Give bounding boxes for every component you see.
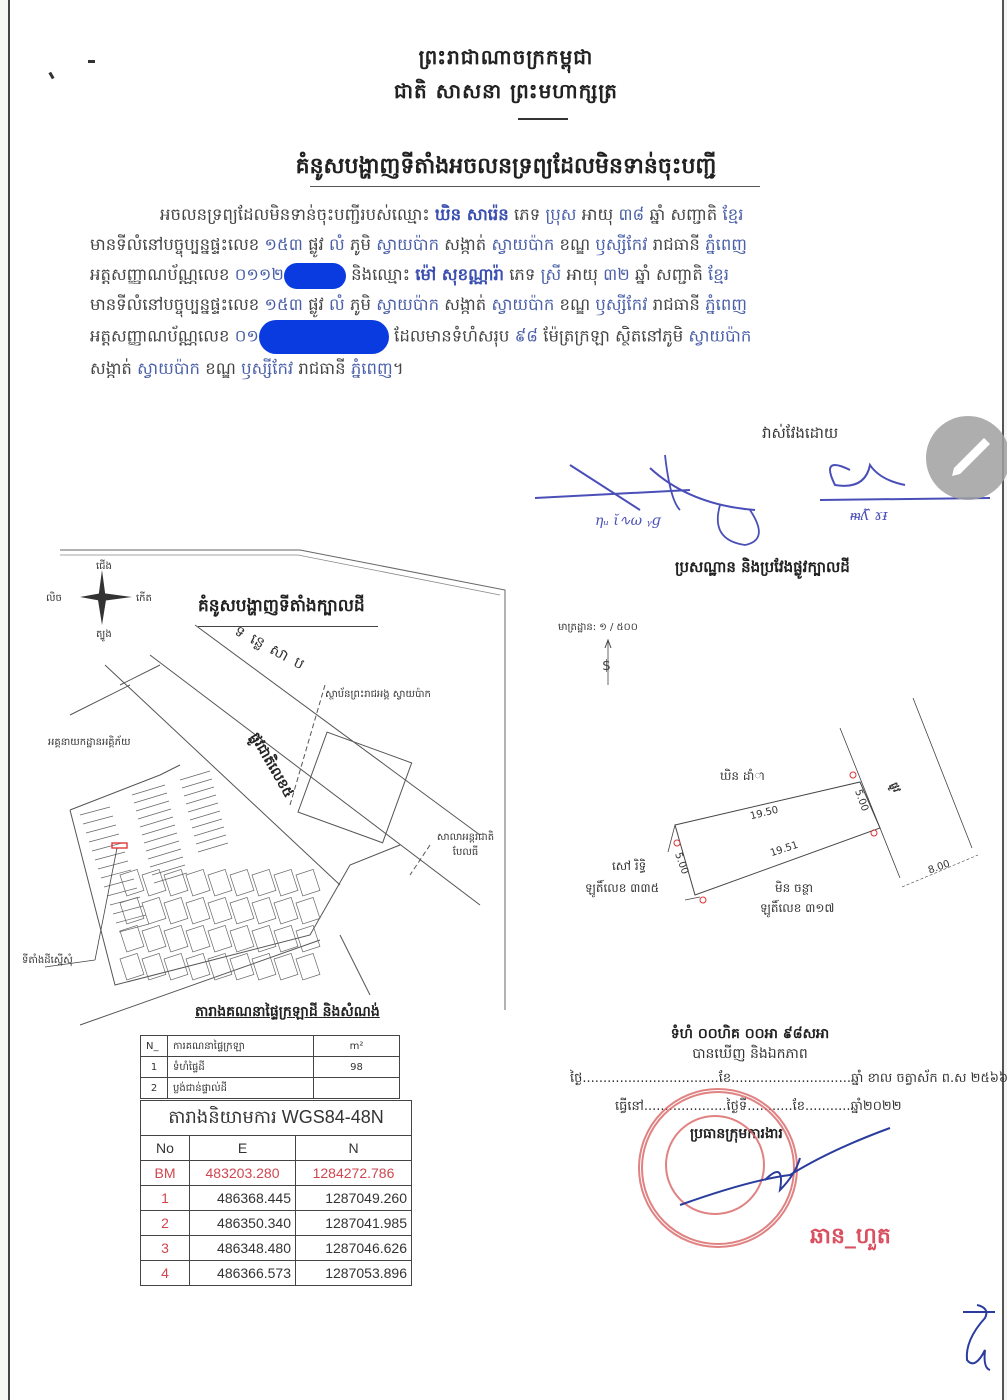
owner1-name: ឃិន សារ៉េន [435, 205, 509, 224]
redaction-mark [259, 320, 389, 354]
table-row: 4486366.5731287053.896 [141, 1261, 412, 1286]
pencil-icon [926, 416, 1007, 500]
west-neighbor: សៅ រិទ្ធិ [612, 858, 646, 876]
svg-text:ᵯʎ̃ ɤᵻ: ᵯʎ̃ ɤᵻ [849, 506, 889, 524]
table-row: 1 ទំហំផ្ទៃដី 98 [141, 1057, 400, 1078]
map-footer-title: តារាងគណនាផ្ទៃក្រឡាដី និងសំណង់ [195, 1002, 380, 1023]
compass-north: ជើង [96, 559, 112, 574]
area-table-header: N_ ការគណនាផ្ទៃក្រឡា m² [141, 1036, 400, 1057]
edit-button[interactable] [926, 416, 1007, 500]
coordinate-table: តារាងនិយាមការ WGS84-48N No E N BM483203.… [140, 1100, 412, 1286]
compass-east: កើត [136, 591, 152, 606]
table-row: BM483203.2801284272.786 [141, 1161, 412, 1186]
page-initial [955, 1300, 1005, 1380]
compass-west: លិច [46, 591, 62, 606]
location-map: ជើង ត្បូង លិច កើត គំនូសបង្ហាញទីតាំងក្បាល… [40, 545, 510, 1035]
paragraph-line-6: សង្កាត់ ស្វាយប៉ាក ខណ្ឌ ឫស្សីកែវ រាជធានី … [90, 354, 990, 384]
svg-text:ηᵤ ῐ∿ω ᵧɡ: ηᵤ ῐ∿ω ᵧɡ [595, 512, 662, 529]
signer-name: ឆាន_ហួត [810, 1222, 891, 1254]
compass-south: ត្បូង [96, 627, 112, 642]
lunar-date-line: ថ្ងៃ.................................ខែ.… [570, 1070, 1007, 1089]
location-map-title: គំនូសបង្ហាញទីតាំងក្បាលដី [198, 595, 378, 627]
header-divider [518, 118, 568, 120]
survey-office-label: ប្រសណ្ឋាន និងប្រវែងផ្លូវក្បាលដី [675, 558, 850, 580]
scan-speck [88, 60, 95, 63]
request-site-label: ទីតាំងដីស្នើសុំ [22, 953, 73, 968]
seen-approved-label: បានឃើញ និងឯកភាព [570, 1044, 930, 1065]
coordinate-table-title: តារាងនិយាមការ WGS84-48N [141, 1101, 412, 1136]
scale-label: មាត្រដ្ឋាន: ១ / ៥០០ [558, 620, 638, 635]
title-underline [310, 186, 760, 187]
area-table: N_ ការគណនាផ្ទៃក្រឡា m² 1 ទំហំផ្ទៃដី 98 2… [140, 1035, 400, 1099]
table-row: 1486368.4451287049.260 [141, 1186, 412, 1211]
fire-dept-label: អគ្គនាយកដ្ឋានអគ្គិភ័យ [48, 735, 131, 750]
table-row: 3486348.4801287046.626 [141, 1236, 412, 1261]
south-lot: ឡូតិ៍លេខ ៣១៧ [760, 900, 834, 918]
chief-signature [670, 1120, 900, 1220]
document-page: ព្រះរាជាណាចក្រកម្ពុជា ជាតិ សាសនា ព្រះមហា… [8, 0, 1004, 1400]
paragraph-line-4: មានទីលំនៅបច្ចុប្បន្នផ្ទះលេខ ១៥៣ ផ្លូវ លំ… [90, 290, 990, 320]
coordinate-table-header: No E N [141, 1136, 412, 1161]
paragraph-line-3: អត្តសញ្ញាណប័ណ្ណលេខ ០១១២ និងឈ្មោះ ម៉ៅ សុខ… [90, 260, 990, 290]
north-arrow-icon: $ [602, 658, 611, 674]
paragraph-line-1: អចលនទ្រព្យដែលមិនទាន់ចុះបញ្ជីរបស់ឈ្មោះ ឃិ… [90, 200, 990, 230]
measured-by-label: វាស់វែងដោយ [762, 424, 838, 446]
school-label: សាលាអន្តរជាតិ បែលធី [433, 830, 498, 860]
table-row: 2 ប្លង់ជាន់ផ្ទាល់ដី [141, 1078, 400, 1099]
west-lot: ឡូតិ៍លេខ ៣៣៥ [585, 880, 659, 898]
owner2-name: ម៉ៅ សុខណ្ណារ៉ា [415, 265, 504, 284]
pagoda-label: ស្ថាប័នព្រះរាជអង្គ ស្វាយប៉ាក [323, 687, 433, 702]
page-title: គំនូសបង្ហាញទីតាំងអចលនទ្រព្យដែលមិនទាន់ចុះ… [10, 152, 1002, 184]
motto-heading: ជាតិ សាសនា ព្រះមហាក្សត្រ [10, 78, 1002, 108]
north-neighbor: ឃិន ដាំា [720, 768, 765, 786]
table-row: 2486350.3401287041.985 [141, 1211, 412, 1236]
redaction-mark [284, 263, 346, 289]
paragraph-line-5: អត្តសញ្ញាណប័ណ្ណលេខ ០១ ដែលមានទំហំសរុប ៩៨ … [90, 320, 990, 354]
paragraph-line-2: មានទីលំនៅបច្ចុប្បន្នផ្ទះលេខ ១៥៣ ផ្លូវ លំ… [90, 230, 990, 260]
owner-paragraph: អចលនទ្រព្យដែលមិនទាន់ចុះបញ្ជីរបស់ឈ្មោះ ឃិ… [90, 200, 990, 384]
area-summary: ទំហំ ០០ហិគ ០០អា ៩៨សអា [570, 1024, 930, 1045]
plot-diagram: មាត្រដ្ឋាន: ១ / ៥០០ $ ឃិន ដាំា មិន ចន្ថា… [550, 600, 1000, 920]
south-neighbor: មិន ចន្ថា [775, 880, 813, 898]
kingdom-heading: ព្រះរាជាណាចក្រកម្ពុជា [10, 44, 1002, 74]
